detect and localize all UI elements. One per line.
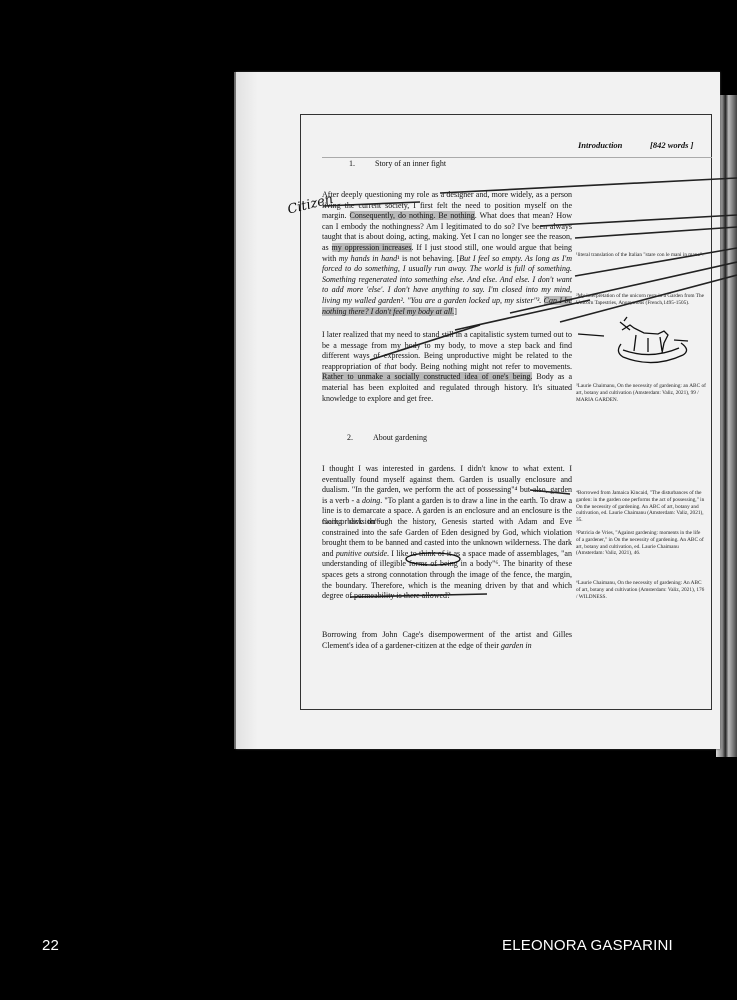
word-count: [842 words ] (650, 140, 693, 150)
text-run: body. Being nothing might not refer to m… (397, 362, 572, 371)
section-heading-1: 1.Story of an inner fight (349, 159, 446, 168)
text-run: Borrowing from John Cage's disempowermen… (322, 630, 572, 650)
text-run: ] (454, 307, 457, 316)
footnote-1: ¹literal translation of the Italian "sta… (576, 252, 706, 259)
section-number: 2. (347, 433, 373, 442)
section2-paragraph-2: Going back through the history, Genesis … (322, 517, 572, 602)
section1-paragraph-2: I later realized that my need to stand s… (322, 330, 572, 404)
author-name: ELEONORA GASPARINI (502, 937, 673, 954)
section-title: Story of an inner fight (375, 159, 446, 168)
text-run: garden in (501, 641, 532, 650)
section1-paragraph-1: After deeply questioning my role as a de… (322, 190, 572, 317)
text-run: my hands in hand (339, 254, 397, 263)
text-run: doing (362, 496, 380, 505)
section-heading-2: 2.About gardening (347, 433, 427, 442)
header-rule (322, 157, 712, 158)
section-title: About gardening (373, 433, 427, 442)
footnote-5: ⁵Patricia de Vries, "Against gardening: … (576, 530, 706, 557)
footnote-2: ²My interpretation of the unicorn rests … (576, 293, 706, 307)
text-run: punitive outside (336, 549, 387, 558)
highlighted-text: Rather to unmake a socially constructed … (322, 372, 532, 381)
footnote-3: ³Laurie Chaimanu, On the necessity of ga… (576, 383, 706, 403)
highlighted-text: Consequently, do nothing. Be nothing (350, 211, 475, 220)
page-number: 22 (42, 937, 59, 954)
section-number: 1. (349, 159, 375, 168)
highlighted-text: my oppression increases (332, 243, 412, 252)
text-run: that (384, 362, 396, 371)
footnote-4: ⁴Borrowed from Jamaica Kincaid, "The dis… (576, 490, 706, 524)
footnote-6: ⁶Laurie Chaimanu, On the necessity of ga… (576, 580, 706, 600)
chapter-title: Introduction (578, 140, 622, 150)
text-run: ¹ is not behaving. [ (397, 254, 459, 263)
section2-paragraph-3: Borrowing from John Cage's disempowermen… (322, 630, 572, 651)
